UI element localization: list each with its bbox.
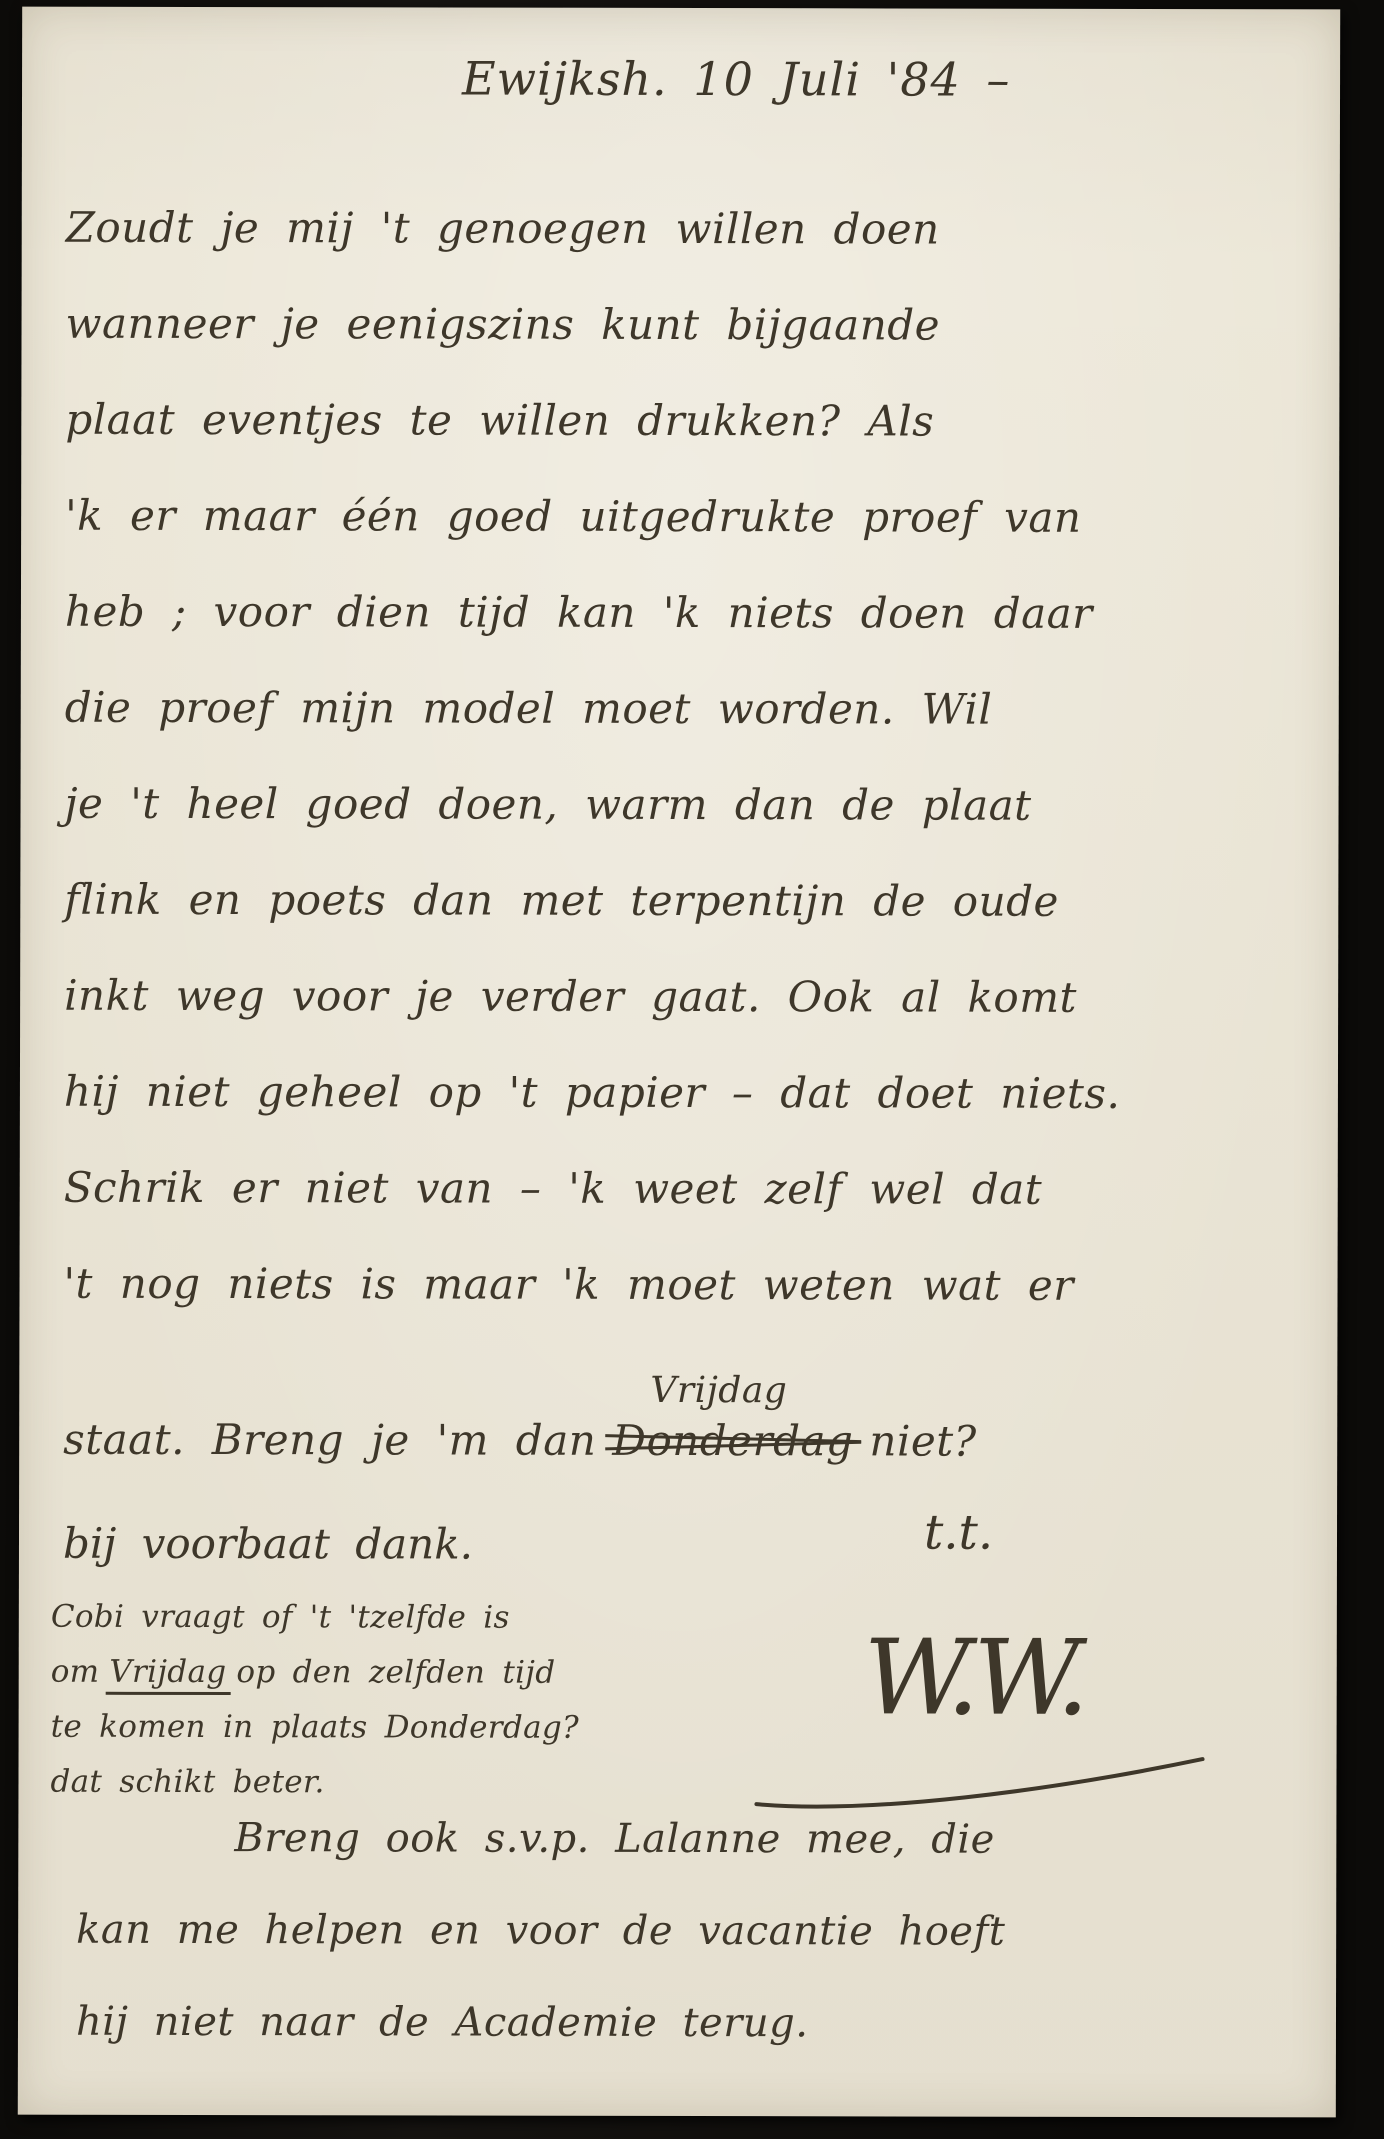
letter-page: Ewijksh. 10 Juli '84 – Zoudt je mij 't g… [18, 7, 1340, 2118]
signature-monogram: W.W. [864, 1616, 1084, 1738]
postscript-line2-before: om [51, 1654, 100, 1690]
struck-word: Donderdag [612, 1416, 853, 1466]
valediction: t.t. [924, 1505, 993, 1561]
dateline: Ewijksh. 10 Juli '84 – [462, 52, 1010, 107]
handwritten-line: wanneer je eenigszins kunt bijgaande [65, 299, 1305, 398]
handwritten-line: 't nog niets is maar 'k moet weten wat e… [63, 1259, 1303, 1358]
postscript-line: omVrijdagop den zelfden tijd [51, 1654, 579, 1710]
letter-photograph: Ewijksh. 10 Juli '84 – Zoudt je mij 't g… [0, 0, 1384, 2139]
handwritten-line: inkt weg voor je verder gaat. Ook al kom… [64, 971, 1304, 1070]
handwritten-line: heb ; voor dien tijd kan 'k niets doen d… [65, 587, 1305, 686]
inserted-word: Vrijdag [650, 1370, 787, 1411]
correction-before: staat. Breng je 'm dan [63, 1415, 596, 1465]
postscript-note: Cobi vraagt of 't 'tzelfde is omVrijdago… [50, 1599, 579, 1820]
signature-flourish-line [750, 1752, 1210, 1813]
postscript-line: dat schikt beter. [50, 1764, 578, 1820]
handwritten-line: flink en poets dan met terpentijn de oud… [64, 875, 1304, 974]
closing-paragraph: Breng ook s.v.p. Lalanne mee, die kan me… [76, 1815, 1006, 2093]
handwritten-line: Breng ook s.v.p. Lalanne mee, die [76, 1815, 1005, 1909]
postscript-line: te komen in plaats Donderdag? [51, 1709, 579, 1765]
handwritten-line: je 't heel goed doen, warm dan de plaat [64, 779, 1304, 878]
handwritten-line: kan me helpen en voor de vacantie hoeft [76, 1907, 1005, 2001]
letter-body: Zoudt je mij 't genoegen willen doen wan… [63, 203, 1305, 1358]
underlined-word: Vrijdag [105, 1654, 230, 1695]
thanks-line: bij voorbaat dank. [63, 1519, 473, 1569]
handwritten-line: Zoudt je mij 't genoegen willen doen [66, 203, 1306, 302]
correction-line: staat. Breng je 'm dan Vrijdag Donderdag… [63, 1415, 977, 1466]
handwritten-line: Schrik er niet van – 'k weet zelf wel da… [64, 1163, 1304, 1262]
correction-words: Vrijdag Donderdag [612, 1416, 853, 1466]
handwritten-line: plaat eventjes te willen drukken? Als [65, 395, 1305, 494]
handwritten-line: hij niet geheel op 't papier – dat doet … [64, 1067, 1304, 1166]
correction-after: niet? [869, 1416, 976, 1465]
postscript-line2-after: op den zelfden tijd [236, 1654, 555, 1691]
handwritten-line: die proef mijn model moet worden. Wil [65, 683, 1305, 782]
handwritten-line: 'k er maar één goed uitgedrukte proef va… [65, 491, 1305, 590]
postscript-line: Cobi vraagt of 't 'tzelfde is [51, 1599, 579, 1655]
handwritten-line: hij niet naar de Academie terug. [76, 1999, 1005, 2093]
